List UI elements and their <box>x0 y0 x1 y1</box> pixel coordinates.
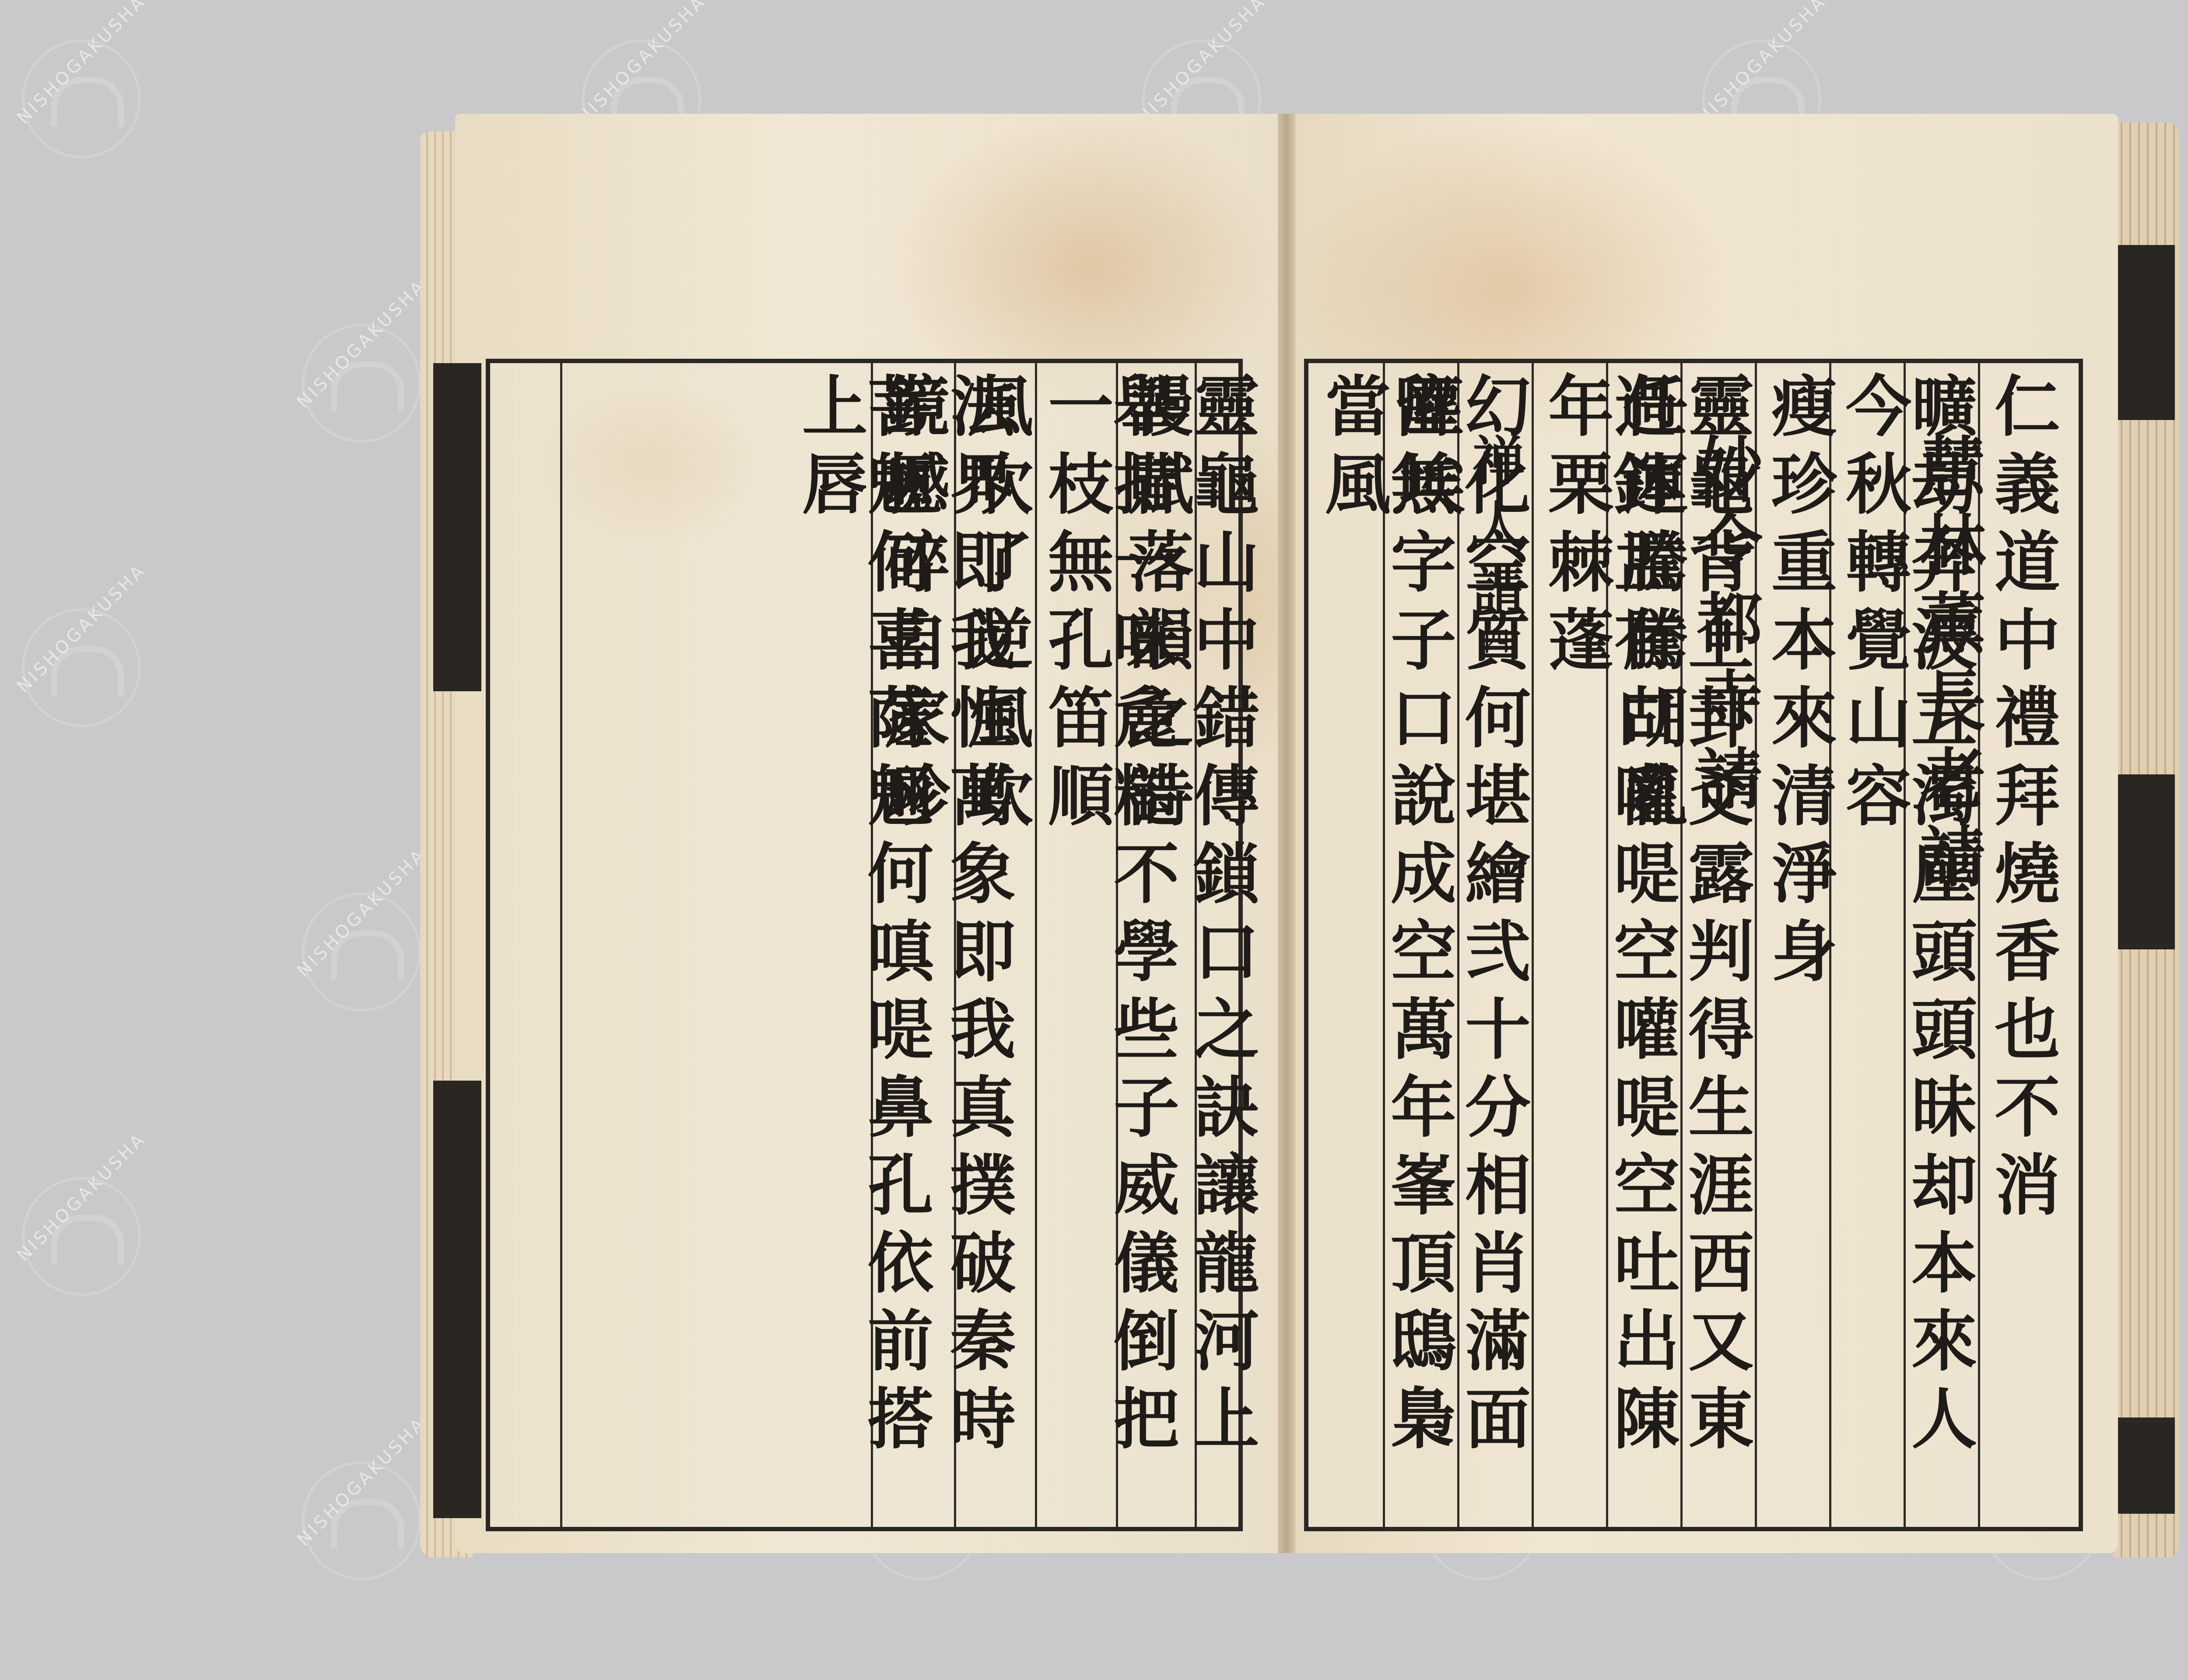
text-column: 留無字子口說成空萬年峯頂鴟梟當風 <box>1319 372 1451 1527</box>
text-column: 仁義道中禮拜燒香也不消 <box>1989 372 2055 1228</box>
fore-edge-ink-block <box>433 1081 481 1518</box>
text-column: 過鉢盂有口嚾㖷空嚾㖷空吐出陳年栗棘蓬 <box>1543 372 1674 1527</box>
text-column: 舉措一味麁糙不學些子威儀倒把一枝無孔笛順 <box>1042 372 1174 1527</box>
text-column: 瘦珍重本來清淨身 <box>1766 372 1831 995</box>
right-text-frame: 仁義道中禮拜燒香也不消 慧林薰長老請 曠劫奔波五濁塵頭頭昧却本來人今秋轉覺山容 … <box>1304 359 2083 1531</box>
fore-edge-ink-block <box>2118 245 2175 420</box>
text-column: 菩魎何喜薩魎何嗔㖷鼻孔依前搭上唇 <box>796 372 928 1527</box>
text-column: 曠劫奔波五濁塵頭頭昧却本來人今秋轉覺山容 <box>1840 372 1971 1527</box>
left-text-frame: 靈龜山中錯傳鎖口之訣讓龍河上謾賦落韻之詩 舉措一味麁糙不學些子威儀倒把一枝無孔笛… <box>486 359 1243 1531</box>
open-book: 靈龜山中錯傳鎖口之訣讓龍河上謾賦落韻之詩 舉措一味麁糙不學些子威儀倒把一枝無孔笛… <box>420 105 2179 1575</box>
column-rule <box>1532 363 1534 1527</box>
fore-edge-ink-block <box>433 363 481 691</box>
fore-edge-ink-block <box>2118 774 2175 949</box>
fore-edge-ink-block <box>2118 1417 2175 1514</box>
gutter <box>1278 114 1295 1553</box>
column-rule <box>560 363 562 1527</box>
